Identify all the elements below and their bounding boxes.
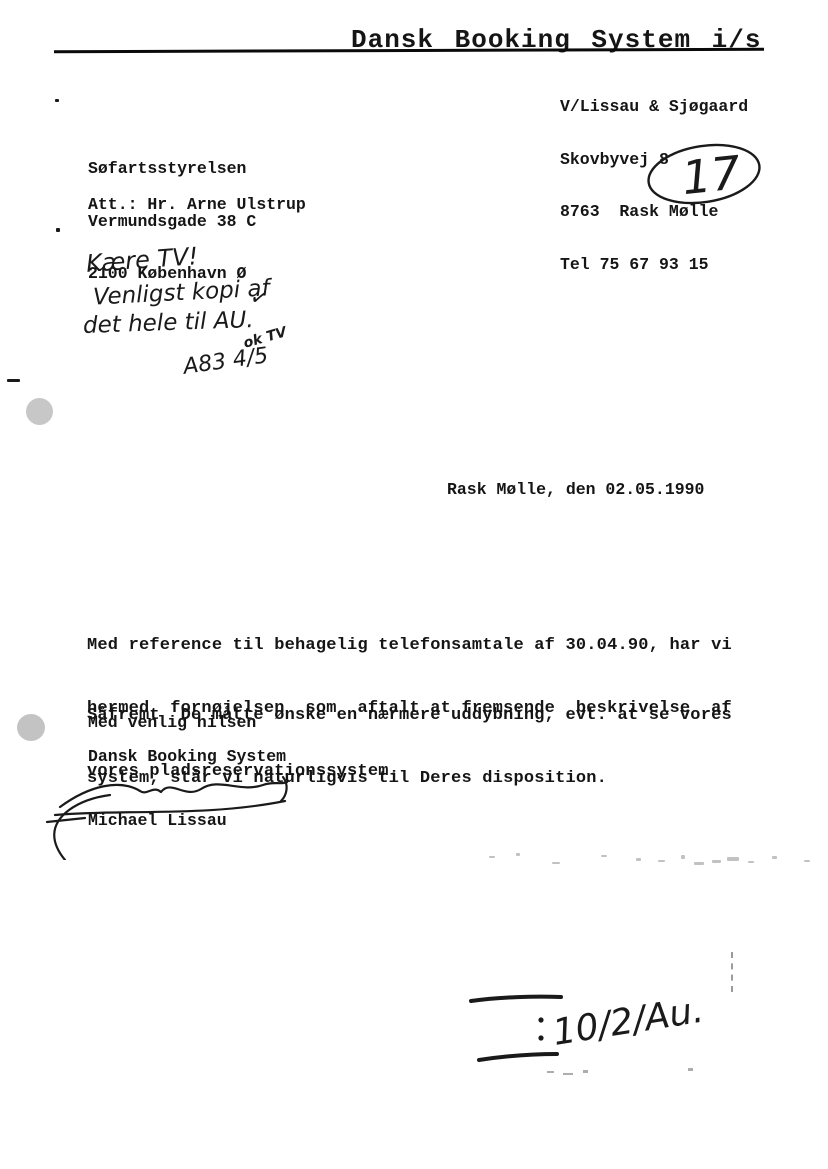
- signer-name: Michael Lissau: [88, 812, 227, 830]
- closing-company: Dansk Booking System: [88, 748, 286, 766]
- handwritten-note-line: det hele til AU.: [83, 307, 254, 339]
- sender-address-line: Tel 75 67 93 15: [560, 256, 748, 274]
- recipient-line: Søfartsstyrelsen: [88, 160, 256, 178]
- handwritten-note-line: A83 4/5: [182, 343, 270, 380]
- scanned-letter-page: Dansk Booking System i/s V/Lissau & Sjøg…: [0, 0, 828, 1169]
- circled-number-stamp: 17: [638, 136, 773, 216]
- attention-line: Att.: Hr. Arne Ulstrup: [88, 196, 306, 214]
- sender-address-line: V/Lissau & Sjøgaard: [560, 98, 748, 116]
- closing-salutation: Med venlig hilsen: [88, 714, 256, 732]
- scan-dash-mark: [7, 379, 20, 382]
- date-line: Rask Mølle, den 02.05.1990: [447, 481, 704, 499]
- bottom-annotation: 10/2/Au.: [455, 975, 775, 1085]
- stamp-number: 17: [679, 145, 743, 205]
- body-line: Med reference til behagelig telefonsamta…: [87, 635, 732, 656]
- punch-hole-mark: [17, 714, 45, 741]
- bottom-annotation-code: 10/2/Au.: [550, 990, 706, 1054]
- punch-hole-mark: [26, 398, 53, 425]
- scan-speck: [55, 99, 59, 102]
- recipient-line: Vermundsgade 38 C: [88, 213, 256, 231]
- scan-speck: [56, 228, 60, 232]
